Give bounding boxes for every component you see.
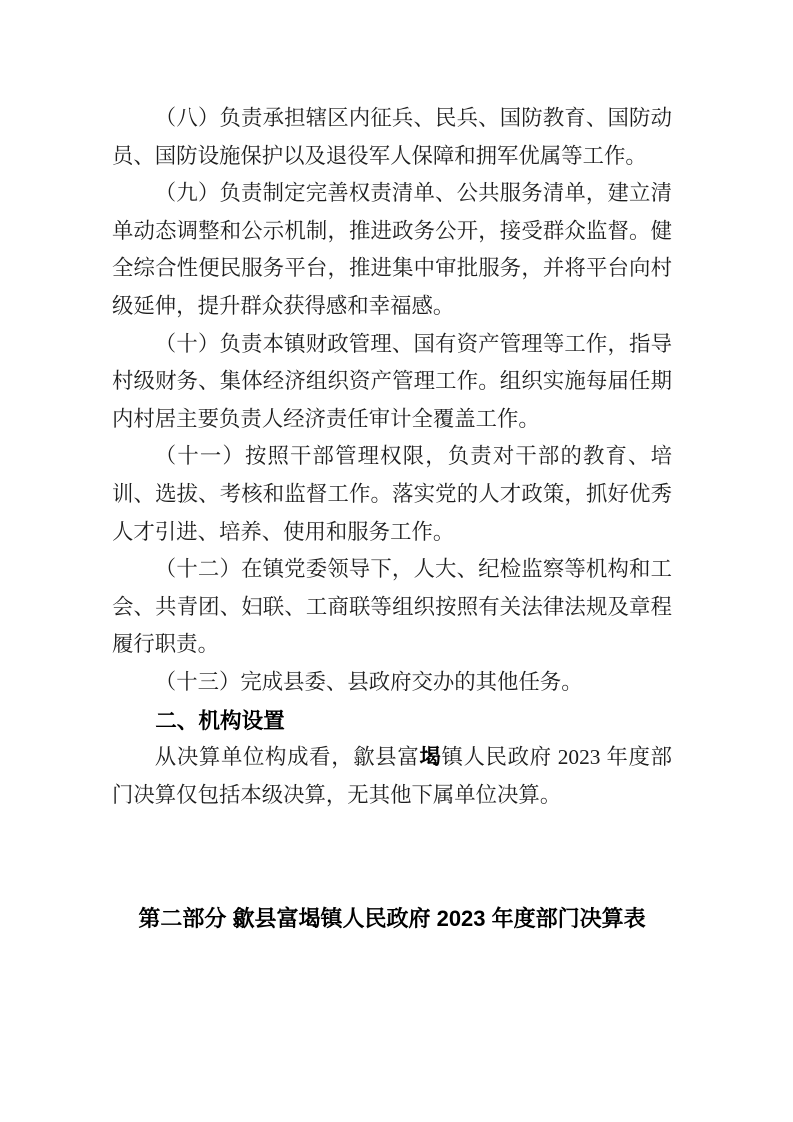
document-content: （八）负责承担辖区内征兵、民兵、国防教育、国防动员、国防设施保护以及退役军人保障… xyxy=(112,100,672,938)
org-composition-bold-char: 堨 xyxy=(419,745,441,769)
duty-paragraph-8: （八）负责承担辖区内征兵、民兵、国防教育、国防动员、国防设施保护以及退役军人保障… xyxy=(112,100,672,175)
section-heading-organization-setup: 二、机构设置 xyxy=(112,702,672,740)
duty-paragraph-10: （十）负责本镇财政管理、国有资产管理等工作，指导村级财务、集体经济组织资产管理工… xyxy=(112,326,672,439)
org-composition-paragraph: 从决算单位构成看，歙县富堨镇人民政府 2023 年度部门决算仅包括本级决算，无其… xyxy=(112,739,672,814)
duty-paragraph-13: （十三）完成县委、县政府交办的其他任务。 xyxy=(112,664,672,702)
duty-paragraph-11: （十一）按照干部管理权限，负责对干部的教育、培训、选拔、考核和监督工作。落实党的… xyxy=(112,438,672,551)
duty-paragraph-12: （十二）在镇党委领导下，人大、纪检监察等机构和工会、共青团、妇联、工商联等组织按… xyxy=(112,551,672,664)
document-page: （八）负责承担辖区内征兵、民兵、国防教育、国防动员、国防设施保护以及退役军人保障… xyxy=(0,0,793,1122)
org-composition-text-before: 从决算单位构成看，歙县富 xyxy=(155,745,420,769)
duty-paragraph-9: （九）负责制定完善权责清单、公共服务清单，建立清单动态调整和公示机制，推进政务公… xyxy=(112,175,672,325)
part2-section-title: 第二部分 歙县富堨镇人民政府 2023 年度部门决算表 xyxy=(112,900,672,938)
